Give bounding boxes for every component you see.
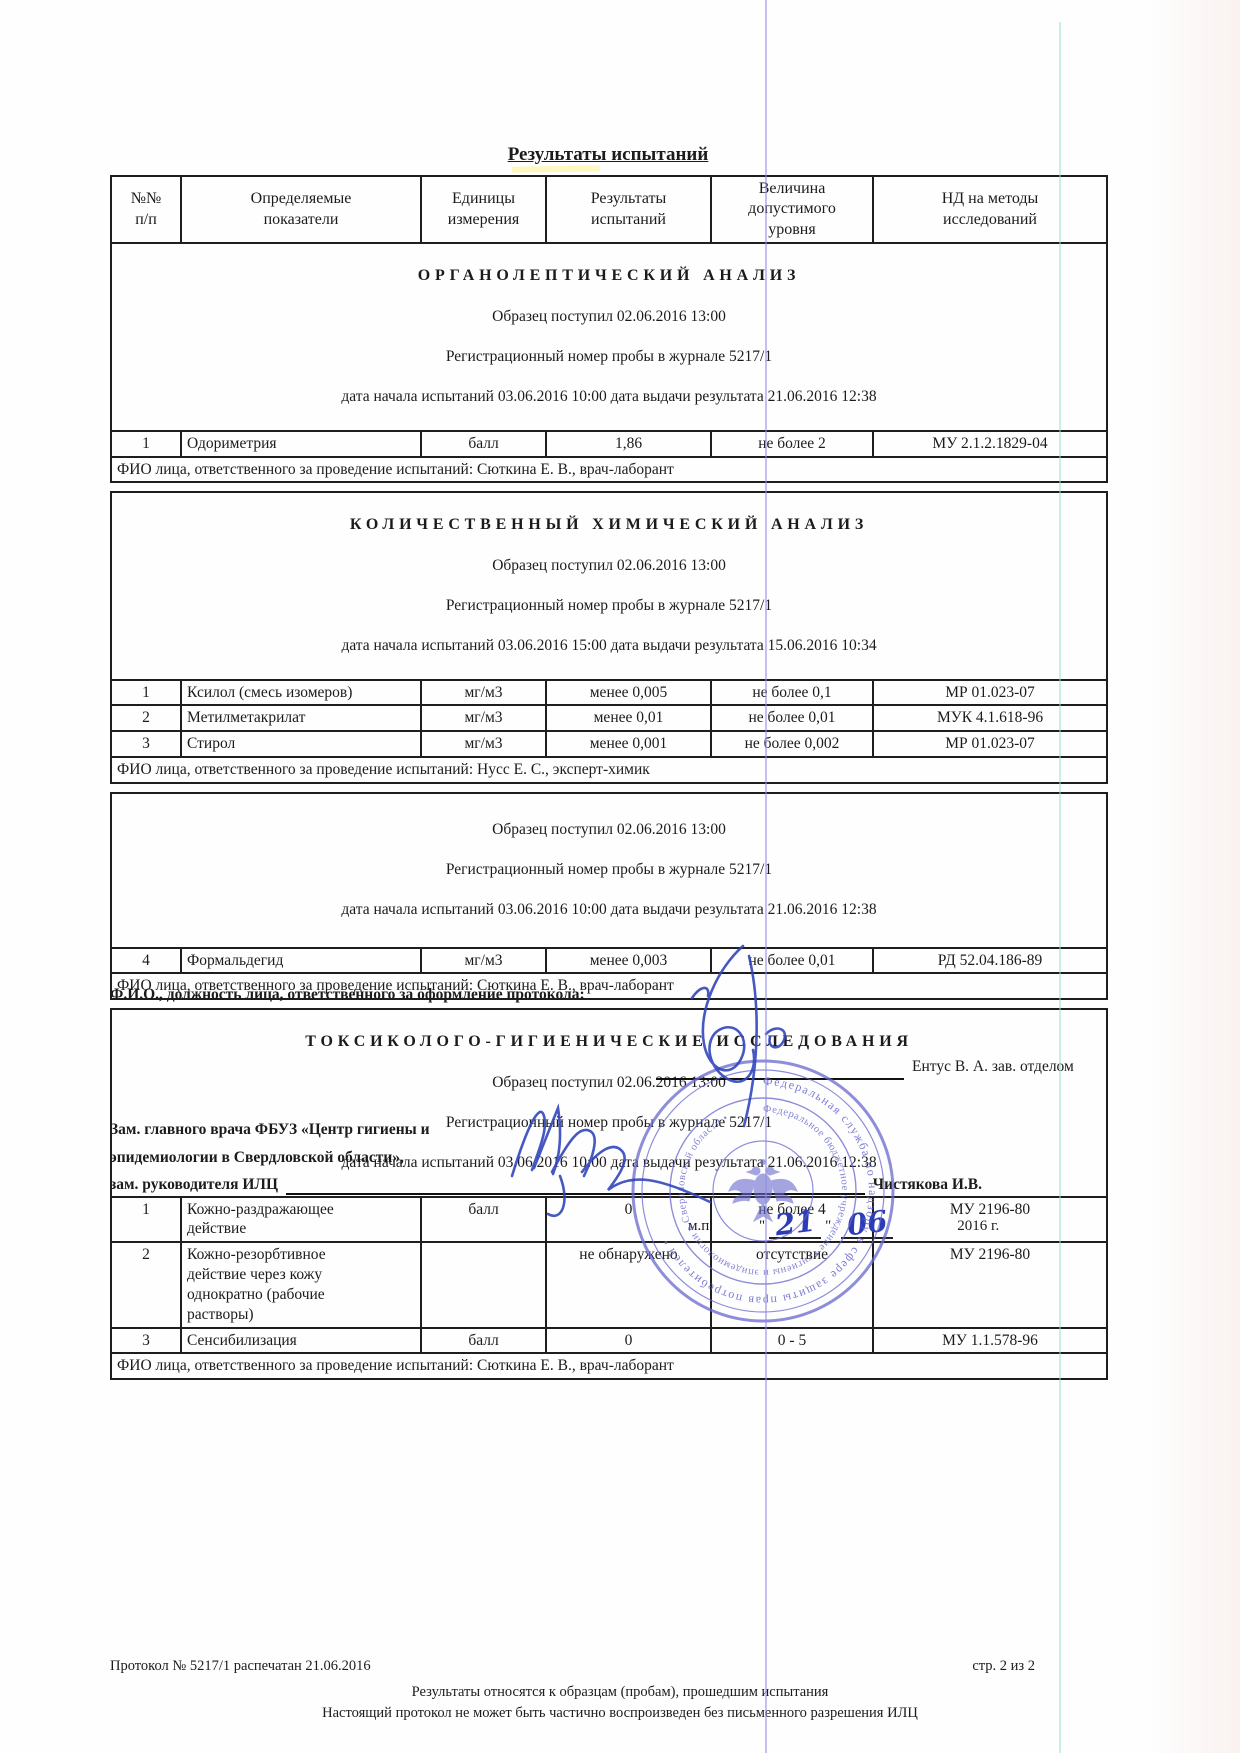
- cell-indicator: Кожно-резорбтивное действие через кожу о…: [181, 1242, 421, 1327]
- registration-number: Регистрационный номер пробы в журнале 52…: [117, 347, 1101, 367]
- cell-indicator: Метилметакрилат: [181, 705, 421, 731]
- table-row: 1 Одориметрия балл 1,86 не более 2 МУ 2.…: [111, 431, 1107, 457]
- footer-protocol-number: Протокол № 5217/1 распечатан 21.06.2016: [110, 1658, 371, 1675]
- cell-num: 1: [111, 431, 181, 457]
- footer-note-1: Результаты относятся к образцам (пробам)…: [0, 1684, 1240, 1701]
- cell-result: менее 0,01: [546, 705, 711, 731]
- section-title: ОРГАНОЛЕПТИЧЕСКИЙ АНАЛИЗ: [117, 266, 1101, 287]
- sample-received: Образец поступил 02.06.2016 13:00: [117, 556, 1101, 576]
- col-header-indicator: Определяемые показатели: [181, 176, 421, 243]
- cell-units: балл: [421, 1328, 546, 1354]
- table-row: 3 Сенсибилизация балл 0 0 - 5 МУ 1.1.578…: [111, 1328, 1107, 1354]
- cell-limit: не более 0,002: [711, 731, 873, 757]
- cell-units: мг/м3: [421, 948, 546, 974]
- scanned-protocol-page: Результаты испытаний №№ п/п Определяемые…: [0, 0, 1240, 1753]
- table-chemical: КОЛИЧЕСТВЕННЫЙ ХИМИЧЕСКИЙ АНАЛИЗ Образец…: [110, 491, 1108, 784]
- responsible-person: ФИО лица, ответственного за проведение и…: [111, 457, 1107, 483]
- cell-units: балл: [421, 431, 546, 457]
- page-title: Результаты испытаний: [110, 144, 1106, 166]
- footer-note-2: Настоящий протокол не может быть частичн…: [0, 1705, 1240, 1722]
- cell-indicator: Кожно-раздражающее действие: [181, 1197, 421, 1243]
- cell-method: МР 01.023-07: [873, 731, 1107, 757]
- year-label: 2016 г.: [957, 1218, 999, 1234]
- cell-method: МР 01.023-07: [873, 680, 1107, 706]
- cell-units: [421, 1242, 546, 1327]
- section-band: Образец поступил 02.06.2016 13:00 Регист…: [111, 793, 1107, 948]
- cell-units: мг/м3: [421, 705, 546, 731]
- fio-row: ФИО лица, ответственного за проведение и…: [111, 757, 1107, 783]
- cell-method: РД 52.04.186-89: [873, 948, 1107, 974]
- test-dates: дата начала испытаний 03.06.2016 10:00 д…: [116, 900, 1102, 920]
- table-row: 3 Стирол мг/м3 менее 0,001 не более 0,00…: [111, 731, 1107, 757]
- protocol-officer-label: Ф.И.О., должность лица, ответственного з…: [110, 986, 585, 1004]
- responsible-person: ФИО лица, ответственного за проведение и…: [111, 757, 1107, 783]
- officer-name: Ентус В. А. зав. отделом: [912, 1058, 1074, 1076]
- sample-received: Образец поступил 02.06.2016 13:00: [117, 307, 1101, 327]
- section-title: КОЛИЧЕСТВЕННЫЙ ХИМИЧЕСКИЙ АНАЛИЗ: [117, 515, 1101, 536]
- cell-num: 1: [111, 680, 181, 706]
- table-row: 2 Кожно-резорбтивное действие через кожу…: [111, 1242, 1107, 1327]
- cell-num: 2: [111, 1242, 181, 1327]
- section-band: ОРГАНОЛЕПТИЧЕСКИЙ АНАЛИЗ Образец поступи…: [111, 243, 1107, 430]
- section-title: ТОКСИКОЛОГО-ГИГИЕНИЧЕСКИЕ ИССЛЕДОВАНИЯ: [117, 1032, 1101, 1053]
- cell-limit: не более 0,01: [711, 705, 873, 731]
- col-header-limit: Величина допустимого уровня: [711, 176, 873, 243]
- cell-method: МУ 2.1.2.1829-04: [873, 431, 1107, 457]
- cell-indicator: Ксилол (смесь изомеров): [181, 680, 421, 706]
- cell-result: менее 0,005: [546, 680, 711, 706]
- cell-units: мг/м3: [421, 680, 546, 706]
- col-header-method: НД на методы исследований: [873, 176, 1107, 243]
- cell-result: менее 0,001: [546, 731, 711, 757]
- eagle-emblem: [729, 1160, 797, 1222]
- cell-num: 1: [111, 1197, 181, 1243]
- table-organoleptic: №№ п/п Определяемые показатели Единицы и…: [110, 175, 1108, 483]
- cell-result: 1,86: [546, 431, 711, 457]
- responsible-person: ФИО лица, ответственного за проведение и…: [111, 1353, 1107, 1379]
- cell-num: 2: [111, 705, 181, 731]
- cell-limit: не более 2: [711, 431, 873, 457]
- table-row: 4 Формальдегид мг/м3 менее 0,003 не боле…: [111, 948, 1107, 974]
- registration-number: Регистрационный номер пробы в журнале 52…: [116, 860, 1102, 880]
- fio-row: ФИО лица, ответственного за проведение и…: [111, 457, 1107, 483]
- fio-row: ФИО лица, ответственного за проведение и…: [111, 1353, 1107, 1379]
- section-band: КОЛИЧЕСТВЕННЫЙ ХИМИЧЕСКИЙ АНАЛИЗ Образец…: [111, 492, 1107, 679]
- footer-page-number: стр. 2 из 2: [972, 1658, 1035, 1675]
- cell-indicator: Формальдегид: [181, 948, 421, 974]
- chistyakova-signature: [500, 1080, 730, 1235]
- table-formaldehyde: Образец поступил 02.06.2016 13:00 Регист…: [110, 792, 1108, 1000]
- highlight-streak: [512, 165, 600, 173]
- col-header-units: Единицы измерения: [421, 176, 546, 243]
- cell-units: мг/м3: [421, 731, 546, 757]
- page-edge-shadow: [1148, 0, 1240, 1753]
- col-header-results: Результаты испытаний: [546, 176, 711, 243]
- cell-method: МУ 2196-80: [873, 1242, 1107, 1327]
- registration-number: Регистрационный номер пробы в журнале 52…: [117, 596, 1101, 616]
- col-header-num: №№ п/п: [111, 176, 181, 243]
- cell-result: 0: [546, 1328, 711, 1354]
- cell-indicator: Стирол: [181, 731, 421, 757]
- cell-num: 3: [111, 1328, 181, 1354]
- table-row: 1 Ксилол (смесь изомеров) мг/м3 менее 0,…: [111, 680, 1107, 706]
- cell-limit: 0 - 5: [711, 1328, 873, 1354]
- scan-artifact-line: [1059, 22, 1061, 1753]
- cell-indicator: Сенсибилизация: [181, 1328, 421, 1354]
- cell-indicator: Одориметрия: [181, 431, 421, 457]
- sample-received: Образец поступил 02.06.2016 13:00: [116, 820, 1102, 840]
- cell-method: МУК 4.1.618-96: [873, 705, 1107, 731]
- test-dates: дата начала испытаний 03.06.2016 15:00 д…: [117, 636, 1101, 656]
- table-header-row: №№ п/п Определяемые показатели Единицы и…: [111, 176, 1107, 243]
- scan-artifact-line: [765, 0, 767, 1753]
- cell-method: МУ 1.1.578-96: [873, 1328, 1107, 1354]
- cell-num: 3: [111, 731, 181, 757]
- cell-limit: не более 0,1: [711, 680, 873, 706]
- table-row: 2 Метилметакрилат мг/м3 менее 0,01 не бо…: [111, 705, 1107, 731]
- cell-num: 4: [111, 948, 181, 974]
- test-dates: дата начала испытаний 03.06.2016 10:00 д…: [117, 387, 1101, 407]
- deputy-title: зам. руководителя ИЛЦ: [110, 1171, 278, 1199]
